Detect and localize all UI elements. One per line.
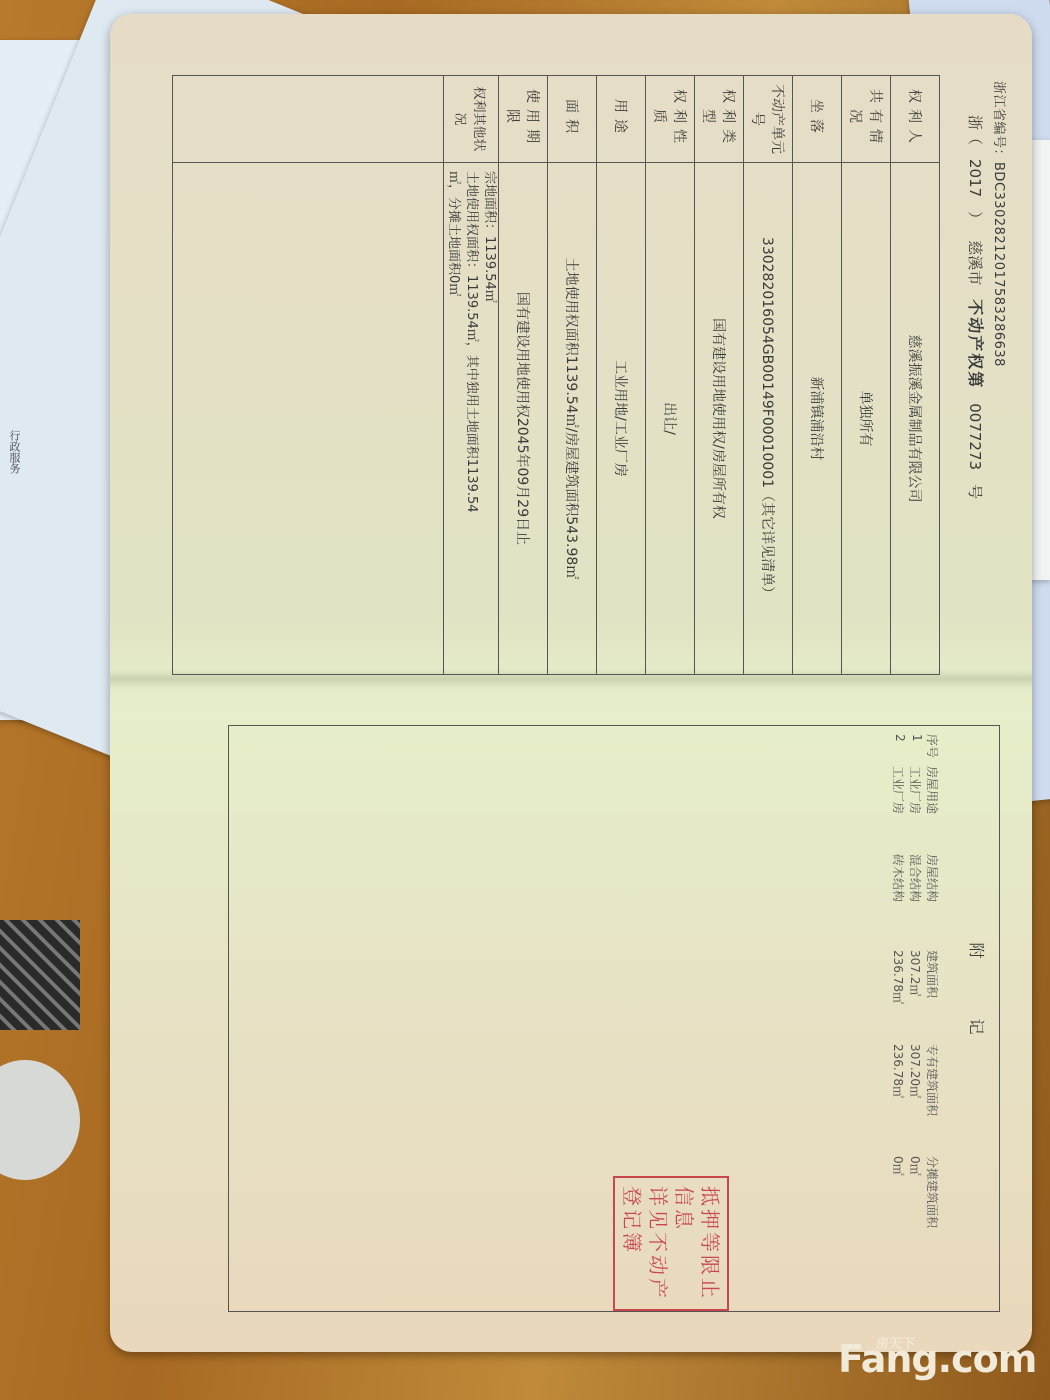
header-city: 慈溪市: [965, 240, 986, 285]
stamp-line: 抵押等限止信息: [671, 1186, 723, 1301]
cell: 砖木结构: [890, 854, 907, 950]
row-label: 权利性质: [646, 76, 695, 163]
row-label: 不动产单元号: [744, 76, 793, 163]
cell: 0㎡: [890, 1156, 907, 1266]
appendix-page: 附记 序号 房屋用途 房屋结构 建筑面积 专有建筑面积 分摊建筑面积 1 工业厂…: [170, 725, 1000, 1310]
row-value: [173, 163, 444, 675]
row-label: 权利类型: [695, 76, 744, 163]
other-status-line: 宗地面积：1139.54㎡: [480, 171, 498, 666]
col-header: 专有建筑面积: [924, 1044, 941, 1156]
row-label: 用途: [597, 76, 646, 163]
fang-watermark-logo: 房天下 Fang.com: [838, 1337, 1036, 1381]
row-value: 国有建设用地使用权2045年09月29日止: [499, 163, 548, 675]
cell: 307.20㎡: [907, 1044, 924, 1156]
header-year: 2017: [966, 159, 984, 197]
table-row: 权利性质出让/: [646, 76, 695, 675]
watermark-cn: 房天下: [876, 1333, 915, 1352]
row-label: [173, 76, 444, 163]
province-code: 浙江省编号：BDC33028212017583286638: [991, 81, 1010, 367]
row-label: 面积: [548, 76, 597, 163]
certificate-number: 0077273: [966, 403, 984, 470]
table-row: 不动产单元号330282016054GB00149F00010001（其它详见清…: [744, 76, 793, 675]
header-number-suffix: 号: [965, 484, 986, 499]
appendix-row: 1 工业厂房 混合结构 307.2㎡ 307.20㎡ 0㎡: [907, 734, 924, 1266]
table-row: 权利其他状况 宗地面积：1139.54㎡ 土地使用权面积：1139.54㎡，其中…: [444, 76, 499, 675]
watermark-en: Fang.com: [838, 1337, 1036, 1381]
table-row: 共有情况单独所有: [842, 76, 891, 675]
header-prefix: 浙（: [965, 115, 986, 145]
row-label: 共有情况: [842, 76, 891, 163]
stamp-line: 详见不动产登记簿: [619, 1186, 671, 1301]
table-row: 面积土地使用权面积1139.54㎡/房屋建筑面积543.98㎡: [548, 76, 597, 675]
appendix-frame: 附记 序号 房屋用途 房屋结构 建筑面积 专有建筑面积 分摊建筑面积 1 工业厂…: [228, 725, 1000, 1312]
row-value: 新浦镇浦沿村: [793, 163, 842, 675]
row-value: 出让/: [646, 163, 695, 675]
col-header: 房屋结构: [924, 854, 941, 950]
table-row: 用途工业用地/工业厂房: [597, 76, 646, 675]
col-header: 分摊建筑面积: [924, 1156, 941, 1266]
row-value: 国有建设用地使用权/房屋所有权: [695, 163, 744, 675]
cell: 307.2㎡: [907, 950, 924, 1044]
table-row: 权利人慈溪振溪金属制品有限公司: [891, 76, 940, 675]
row-value: 宗地面积：1139.54㎡ 土地使用权面积：1139.54㎡，其中独用土地面积1…: [444, 163, 499, 675]
certificate-page: 浙江省编号：BDC33028212017583286638 浙（ 2017 ） …: [140, 75, 1010, 675]
cell: 236.78㎡: [890, 950, 907, 1044]
certificate-number-line: 浙（ 2017 ） 慈溪市 不动产权第 0077273 号: [965, 115, 988, 499]
certificate-header: 浙江省编号：BDC33028212017583286638 浙（ 2017 ） …: [940, 75, 1010, 675]
table-row: 坐落新浦镇浦沿村: [793, 76, 842, 675]
other-status-line: ㎡，分摊土地面积0㎡: [444, 171, 462, 666]
cell: 2: [890, 734, 907, 766]
appendix-row: 2 工业厂房 砖木结构 236.78㎡ 236.78㎡ 0㎡: [890, 734, 907, 1266]
appendix-table: 序号 房屋用途 房屋结构 建筑面积 专有建筑面积 分摊建筑面积 1 工业厂房 混…: [890, 734, 941, 1266]
row-value: 330282016054GB00149F00010001（其它详见清单）: [744, 163, 793, 675]
appendix-title: 附记: [966, 726, 989, 1311]
cell: 0㎡: [907, 1156, 924, 1266]
table-row: 权利类型国有建设用地使用权/房屋所有权: [695, 76, 744, 675]
province-code-value: BDC33028212017583286638: [991, 162, 1006, 367]
province-code-label: 浙江省编号：: [991, 81, 1006, 162]
row-value: 单独所有: [842, 163, 891, 675]
floor-rug: [0, 920, 80, 1030]
cell: 工业厂房: [890, 766, 907, 854]
row-label: 权利其他状况: [444, 76, 499, 163]
appendix-header-row: 序号 房屋用途 房屋结构 建筑面积 专有建筑面积 分摊建筑面积: [924, 734, 941, 1266]
background-paper-tag: 行政服务: [0, 430, 22, 510]
row-label: 权利人: [891, 76, 940, 163]
red-stamp: 抵押等限止信息 详见不动产登记簿: [613, 1176, 729, 1311]
cell: 工业厂房: [907, 766, 924, 854]
table-row: 使用期限国有建设用地使用权2045年09月29日止: [499, 76, 548, 675]
table-row-empty: [173, 76, 444, 675]
row-label: 使用期限: [499, 76, 548, 163]
cell: 1: [907, 734, 924, 766]
row-value: 工业用地/工业厂房: [597, 163, 646, 675]
header-suffix: ）: [965, 211, 986, 226]
header-title: 不动产权第: [965, 299, 988, 389]
col-header: 房屋用途: [924, 766, 941, 854]
col-header: 序号: [924, 734, 941, 766]
col-header: 建筑面积: [924, 950, 941, 1044]
cell: 236.78㎡: [890, 1044, 907, 1156]
cell: 混合结构: [907, 854, 924, 950]
certificate-table: 权利人慈溪振溪金属制品有限公司 共有情况单独所有 坐落新浦镇浦沿村 不动产单元号…: [172, 75, 940, 675]
row-value: 土地使用权面积1139.54㎡/房屋建筑面积543.98㎡: [548, 163, 597, 675]
shoe: [0, 1060, 80, 1180]
row-label: 坐落: [793, 76, 842, 163]
row-value: 慈溪振溪金属制品有限公司: [891, 163, 940, 675]
other-status-line: 土地使用权面积：1139.54㎡，其中独用土地面积1139.54: [462, 171, 480, 666]
